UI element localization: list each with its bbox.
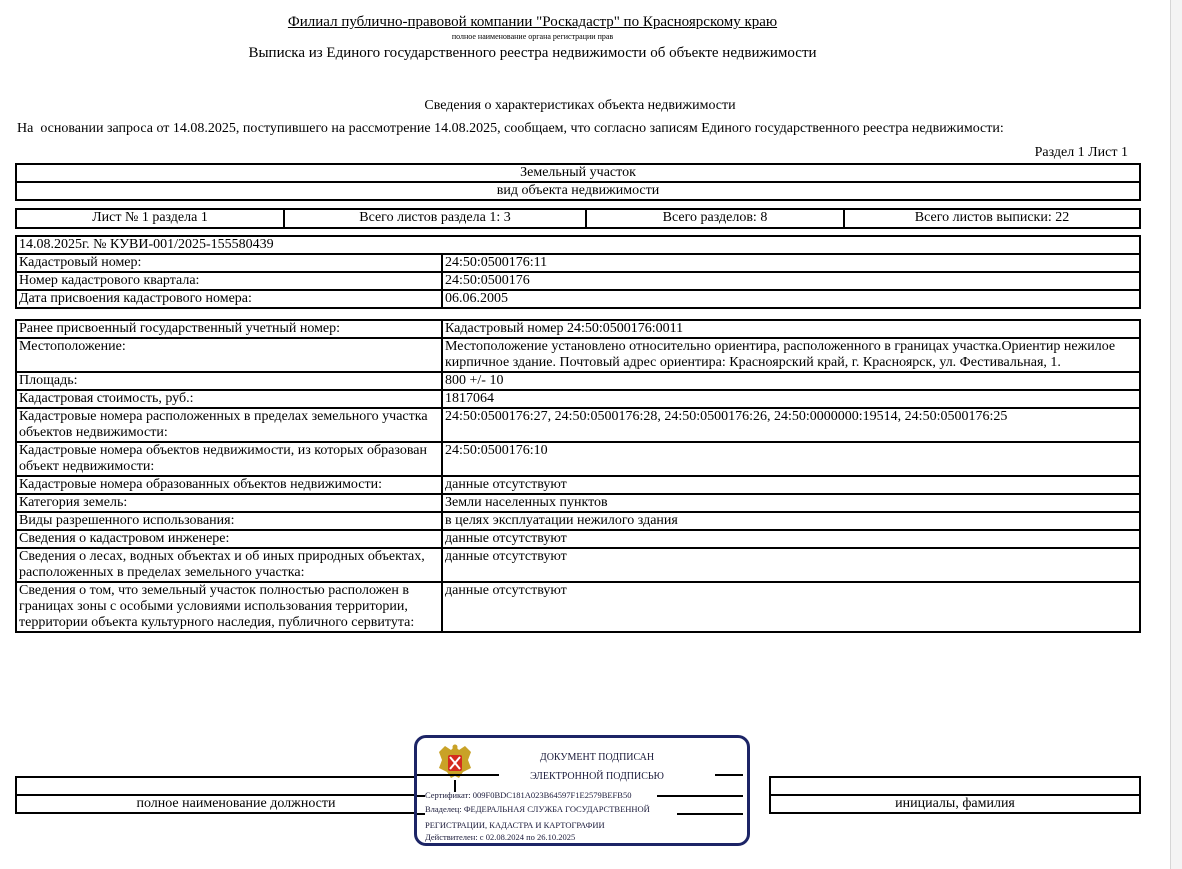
table-row: Сведения о кадастровом инженере:данные о… (16, 530, 1140, 548)
field-value: 1817064 (442, 390, 1140, 408)
organization-name: Филиал публично-правовой компании "Роска… (0, 14, 1065, 31)
extract-number: 14.08.2025г. № КУВИ-001/2025-155580439 (16, 236, 1140, 254)
info-table-1: 14.08.2025г. № КУВИ-001/2025-155580439 К… (15, 235, 1141, 309)
field-value: данные отсутствуют (442, 530, 1140, 548)
field-value: Кадастровый номер 24:50:0500176:0011 (442, 320, 1140, 338)
field-value: данные отсутствуют (442, 476, 1140, 494)
object-kind-table: Земельный участок вид объекта недвижимос… (15, 163, 1141, 201)
field-value: данные отсутствуют (442, 582, 1140, 632)
field-value: 24:50:0500176:27, 24:50:0500176:28, 24:5… (442, 408, 1140, 442)
stamp-owner-line1: Владелец: ФЕДЕРАЛЬНАЯ СЛУЖБА ГОСУДАРСТВЕ… (425, 804, 650, 814)
field-label: Местоположение: (16, 338, 442, 372)
position-caption: полное наименование должности (16, 795, 456, 813)
table-row: Категория земель:Земли населенных пункто… (16, 494, 1140, 512)
stamp-validity: Действителен: с 02.08.2024 по 26.10.2025 (425, 832, 575, 842)
section-title: Сведения о характеристиках объекта недви… (0, 98, 1160, 114)
field-value: данные отсутствуют (442, 548, 1140, 582)
stamp-divider (417, 813, 425, 815)
field-label: Кадастровые номера объектов недвижимости… (16, 442, 442, 476)
table-row: Кадастровые номера расположенных в преде… (16, 408, 1140, 442)
stamp-divider (715, 774, 743, 776)
field-value: Местоположение установлено относительно … (442, 338, 1140, 372)
sheet-number: Лист № 1 раздела 1 (16, 209, 284, 228)
field-value: в целях эксплуатации нежилого здания (442, 512, 1140, 530)
stamp-title-line2: ЭЛЕКТРОННОЙ ПОДПИСЬЮ (497, 771, 697, 782)
position-blank (16, 777, 456, 795)
document-page: Филиал публично-правовой компании "Роска… (0, 0, 1170, 869)
field-value: 800 +/- 10 (442, 372, 1140, 390)
object-kind-caption: вид объекта недвижимости (16, 182, 1140, 200)
stamp-title-line1: ДОКУМЕНТ ПОДПИСАН (497, 752, 697, 763)
field-label: Дата присвоения кадастрового номера: (16, 290, 442, 308)
field-value: 24:50:0500176:10 (442, 442, 1140, 476)
document-title: Выписка из Единого государственного реес… (0, 45, 1065, 62)
field-label: Ранее присвоенный государственный учетны… (16, 320, 442, 338)
organization-caption: полное наименование органа регистрации п… (0, 32, 1065, 41)
table-row: Сведения о лесах, водных объектах и об и… (16, 548, 1140, 582)
field-value: 06.06.2005 (442, 290, 1140, 308)
table-row: Сведения о том, что земельный участок по… (16, 582, 1140, 632)
stamp-certificate: Сертификат: 009F0BDC181A023B64597F1E2579… (425, 790, 631, 800)
table-row: Площадь:800 +/- 10 (16, 372, 1140, 390)
scrollbar[interactable] (1170, 0, 1182, 869)
table-row: Дата присвоения кадастрового номера:06.0… (16, 290, 1140, 308)
electronic-signature-stamp: ДОКУМЕНТ ПОДПИСАН ЭЛЕКТРОННОЙ ПОДПИСЬЮ С… (414, 735, 750, 846)
total-sections: Всего разделов: 8 (586, 209, 844, 228)
field-label: Кадастровый номер: (16, 254, 442, 272)
name-blank (770, 777, 1140, 795)
table-row: Кадастровые номера объектов недвижимости… (16, 442, 1140, 476)
stamp-owner-line2: РЕГИСТРАЦИИ, КАДАСТРА И КАРТОГРАФИИ (425, 820, 605, 830)
table-row: Номер кадастрового квартала:24:50:050017… (16, 272, 1140, 290)
sheets-table: Лист № 1 раздела 1 Всего листов раздела … (15, 208, 1141, 229)
object-kind-value: Земельный участок (16, 164, 1140, 182)
field-label: Кадастровые номера образованных объектов… (16, 476, 442, 494)
stamp-divider (677, 813, 743, 815)
field-label: Площадь: (16, 372, 442, 390)
info-table-2: Ранее присвоенный государственный учетны… (15, 319, 1141, 633)
field-label: Сведения о лесах, водных объектах и об и… (16, 548, 442, 582)
field-label: Категория земель: (16, 494, 442, 512)
total-sheets: Всего листов выписки: 22 (844, 209, 1140, 228)
field-label: Номер кадастрового квартала: (16, 272, 442, 290)
table-row: Виды разрешенного использования:в целях … (16, 512, 1140, 530)
field-value: 24:50:0500176:11 (442, 254, 1140, 272)
table-row: Ранее присвоенный государственный учетны… (16, 320, 1140, 338)
stamp-divider (657, 795, 743, 797)
sheets-in-section: Всего листов раздела 1: 3 (284, 209, 586, 228)
field-value: Земли населенных пунктов (442, 494, 1140, 512)
table-row: Местоположение:Местоположение установлен… (16, 338, 1140, 372)
stamp-divider (417, 774, 499, 776)
field-label: Кадастровая стоимость, руб.: (16, 390, 442, 408)
field-value: 24:50:0500176 (442, 272, 1140, 290)
field-label: Сведения о кадастровом инженере: (16, 530, 442, 548)
section-reference: Раздел 1 Лист 1 (1035, 145, 1128, 161)
field-label: Кадастровые номера расположенных в преде… (16, 408, 442, 442)
field-label: Виды разрешенного использования: (16, 512, 442, 530)
field-label: Сведения о том, что земельный участок по… (16, 582, 442, 632)
name-caption: инициалы, фамилия (770, 795, 1140, 813)
table-row: Кадастровые номера образованных объектов… (16, 476, 1140, 494)
intro-text: На основании запроса от 14.08.2025, пост… (17, 121, 1004, 137)
russian-coat-of-arms-icon (435, 742, 475, 782)
table-row: Кадастровый номер:24:50:0500176:11 (16, 254, 1140, 272)
stamp-divider (417, 795, 425, 797)
table-row: Кадастровая стоимость, руб.:1817064 (16, 390, 1140, 408)
